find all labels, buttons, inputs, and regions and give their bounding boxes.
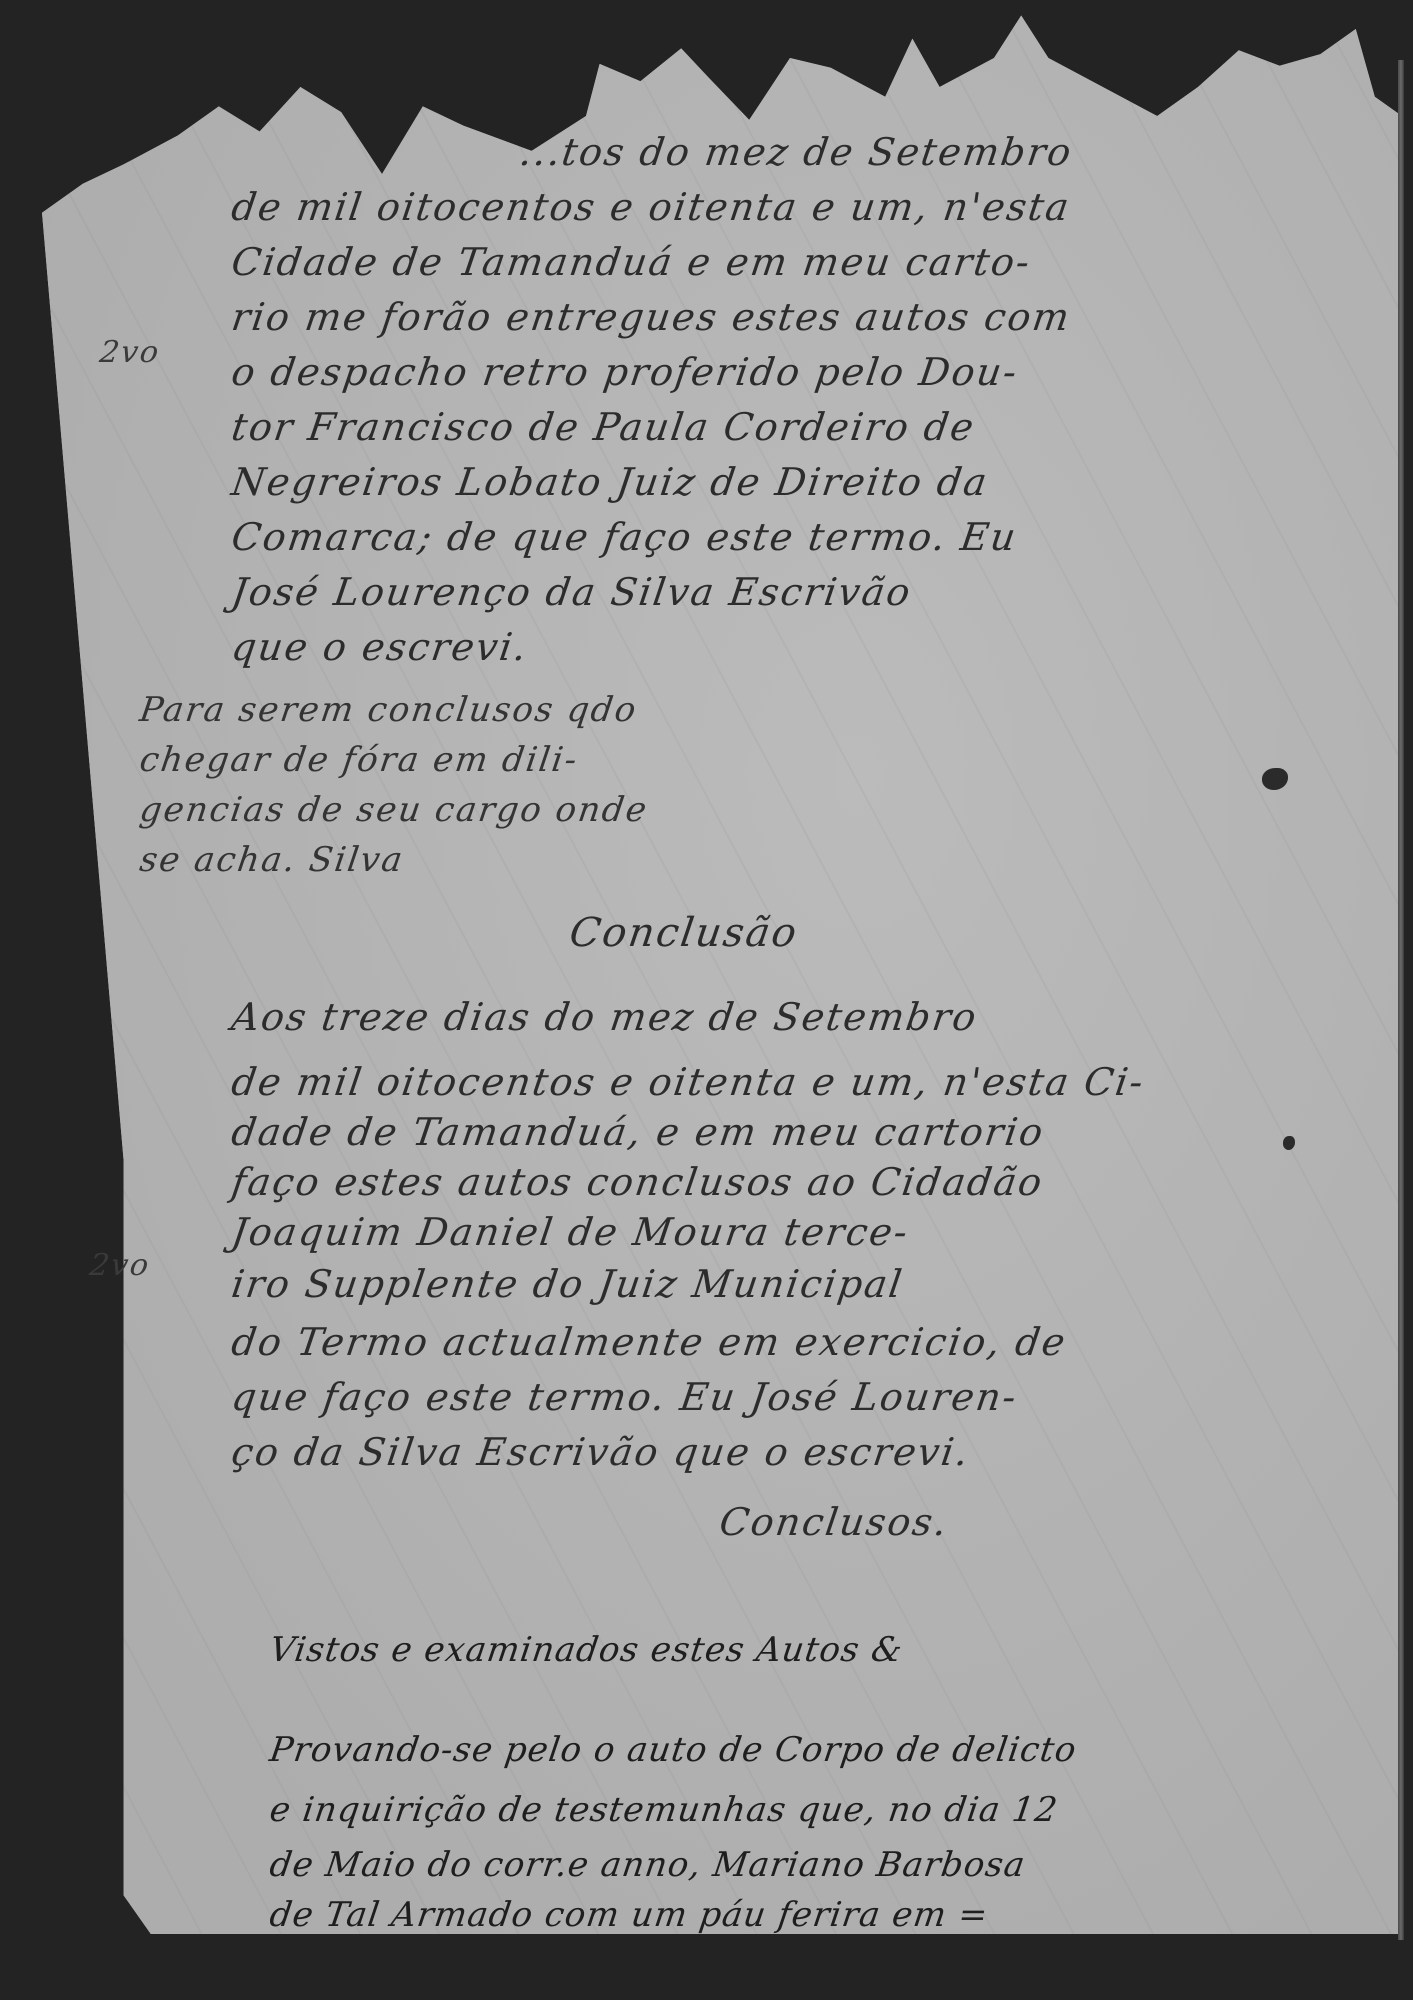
text-line: faço estes autos conclusos ao Cidadão (229, 1160, 1047, 1204)
text-line: que faço este termo. Eu José Louren- (229, 1375, 1021, 1419)
closing-text: Conclusos. (717, 1500, 951, 1544)
text-line: de mil oitocentos e oitenta e um, n'esta (229, 185, 1074, 229)
text-line: o despacho retro proferido pelo Dou- (229, 350, 1021, 394)
text-line: iro Supplente do Juiz Municipal (229, 1262, 906, 1306)
section-heading: Conclusão (567, 910, 801, 956)
margin-note: 2vo (98, 335, 163, 370)
text-line: Provando-se pelo o auto de Corpo de deli… (267, 1730, 1079, 1770)
text-line: tor Francisco de Paula Cordeiro de (229, 405, 978, 449)
side-note-line: se acha. Silva (137, 840, 407, 880)
side-note-line: chegar de fóra em dili- (137, 740, 581, 780)
text-line: e inquirição de testemunhas que, no dia … (267, 1790, 1060, 1830)
binding-edge (1398, 60, 1404, 1940)
text-line: Negreiros Lobato Juiz de Direito da (229, 460, 991, 504)
text-line: Joaquim Daniel de Moura terce- (229, 1210, 912, 1254)
text-line: ço da Silva Escrivão que o escrevi. (229, 1430, 973, 1474)
text-line: Aos treze dias do mez de Setembro (229, 995, 981, 1039)
side-note-line: Para serem conclusos qdo (137, 690, 640, 730)
text-line: dade de Tamanduá, e em meu cartorio (229, 1110, 1047, 1154)
margin-note: 2vo (88, 1248, 153, 1283)
side-note-line: gencias de seu cargo onde (137, 790, 651, 830)
text-line: José Lourenço da Silva Escrivão (229, 570, 915, 614)
text-line: de Tal Armado com um páu ferira em = (267, 1895, 991, 1935)
text-line: Vistos e examinados estes Autos & (267, 1630, 905, 1670)
text-line: que o escrevi. (229, 625, 531, 669)
text-line: Cidade de Tamanduá e em meu carto- (229, 240, 1034, 284)
text-line: ...tos do mez de Setembro (517, 130, 1076, 174)
text-line: Comarca; de que faço este termo. Eu (229, 515, 1020, 559)
text-line: rio me forão entregues estes autos com (229, 295, 1074, 339)
text-line: do Termo actualmente em exercicio, de (229, 1320, 1070, 1364)
text-line: de mil oitocentos e oitenta e um, n'esta… (229, 1060, 1148, 1104)
text-line: de Maio do corr.e anno, Mariano Barbosa (267, 1845, 1028, 1885)
